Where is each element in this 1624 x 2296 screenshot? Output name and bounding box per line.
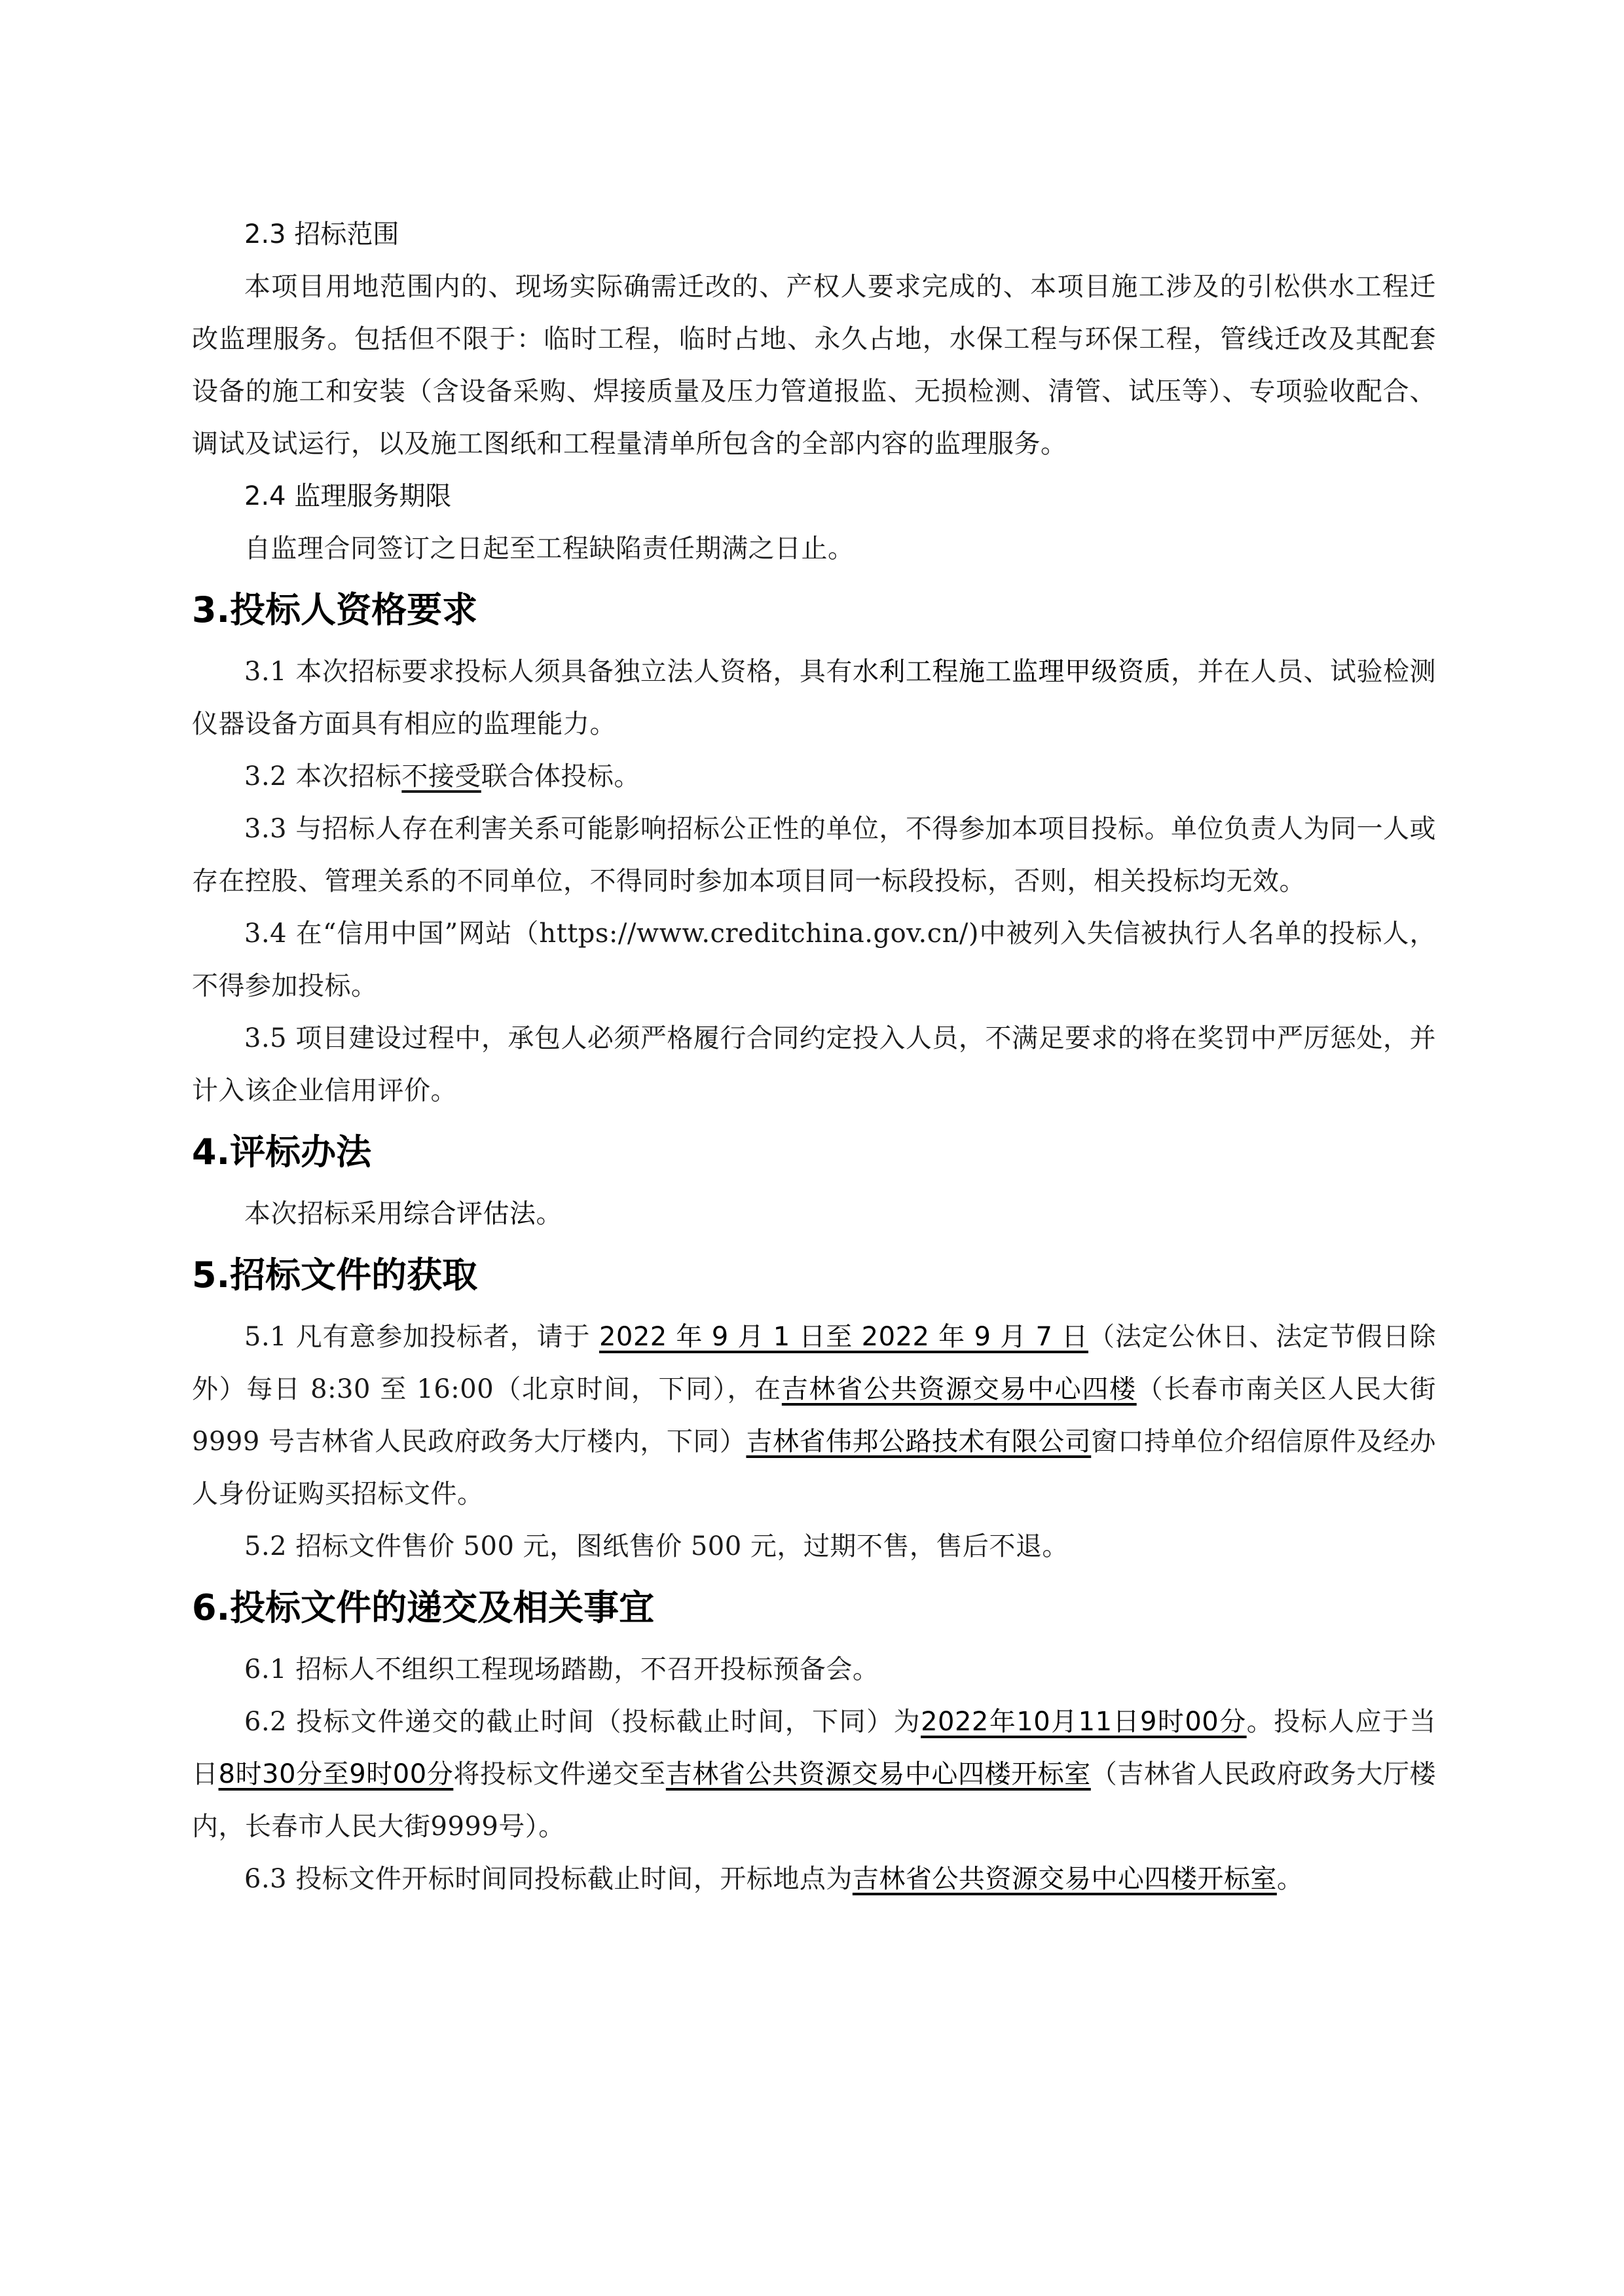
p6-2-a: 6.2 投标文件递交的截止时间（投标截止时间，下同）为 — [244, 1707, 921, 1737]
section-3-heading: 3.投标人资格要求 — [192, 575, 1436, 646]
section-2-3-body: 本项目用地范围内的、现场实际确需迁改的、产权人要求完成的、本项目施工涉及的引松供… — [192, 261, 1436, 470]
paragraph-3-4: 3.4 在“信用中国”网站（https://www.creditchina.go… — [192, 907, 1436, 1012]
qualification-emphasis: 水利工程施工监理甲级资质 — [853, 657, 1171, 687]
p3-2-post: 联合体投标。 — [481, 761, 640, 792]
section-2-3-title: 2.3 招标范围 — [192, 208, 1436, 261]
p6-2-c: 将投标文件递交至 — [453, 1759, 666, 1789]
section-5-heading: 5.招标文件的获取 — [192, 1240, 1436, 1311]
bid-opening-room: 吉林省公共资源交易中心四楼开标室 — [666, 1759, 1091, 1789]
p6-3-b: 。 — [1277, 1864, 1304, 1894]
purchase-date-range: 2022 年 9 月 1 日至 2022 年 9 月 7 日 — [599, 1322, 1088, 1352]
paragraph-5-1: 5.1 凡有意参加投标者，请于 2022 年 9 月 1 日至 2022 年 9… — [192, 1311, 1436, 1520]
agency-company: 吉林省伟邦公路技术有限公司 — [746, 1427, 1091, 1457]
document-page: 2.3 招标范围 本项目用地范围内的、现场实际确需迁改的、产权人要求完成的、本项… — [192, 208, 1436, 1905]
p3-1-pre: 3.1 本次招标要求投标人须具备独立法人资格，具有 — [244, 657, 853, 687]
paragraph-6-2: 6.2 投标文件递交的截止时间（投标截止时间，下同）为2022年10月11日9时… — [192, 1696, 1436, 1853]
bid-deadline: 2022年10月11日9时00分 — [921, 1707, 1247, 1737]
p5-1-a: 5.1 凡有意参加投标者，请于 — [244, 1322, 599, 1352]
paragraph-3-3: 3.3 与招标人存在利害关系可能影响招标公正性的单位，不得参加本项目投标。单位负… — [192, 803, 1436, 907]
paragraph-6-1: 6.1 招标人不组织工程现场踏勘，不召开投标预备会。 — [192, 1643, 1436, 1696]
paragraph-4: 本次招标采用综合评估法。 — [192, 1188, 1436, 1240]
bid-opening-location: 吉林省公共资源交易中心四楼开标室 — [853, 1864, 1277, 1894]
p3-2-pre: 3.2 本次招标 — [244, 761, 401, 792]
section-2-4-title: 2.4 监理服务期限 — [192, 470, 1436, 522]
purchase-place: 吉林省公共资源交易中心四楼 — [782, 1374, 1137, 1404]
paragraph-3-1: 3.1 本次招标要求投标人须具备独立法人资格，具有水利工程施工监理甲级资质，并在… — [192, 646, 1436, 750]
p4-post: 。 — [536, 1199, 563, 1229]
p4-pre: 本次招标采用 — [244, 1199, 403, 1229]
consortium-not-accepted: 不接受 — [401, 761, 481, 792]
paragraph-3-2: 3.2 本次招标不接受联合体投标。 — [192, 750, 1436, 803]
paragraph-6-3: 6.3 投标文件开标时间同投标截止时间，开标地点为吉林省公共资源交易中心四楼开标… — [192, 1853, 1436, 1905]
section-4-heading: 4.评标办法 — [192, 1117, 1436, 1188]
p6-3-a: 6.3 投标文件开标时间同投标截止时间，开标地点为 — [244, 1864, 853, 1894]
paragraph-3-5: 3.5 项目建设过程中，承包人必须严格履行合同约定投入人员，不满足要求的将在奖罚… — [192, 1012, 1436, 1117]
evaluation-method: 综合评估法 — [403, 1199, 536, 1229]
paragraph-5-2: 5.2 招标文件售价 500 元，图纸售价 500 元，过期不售，售后不退。 — [192, 1520, 1436, 1573]
section-2-4-body: 自监理合同签订之日起至工程缺陷责任期满之日止。 — [192, 522, 1436, 575]
submission-window: 8时30分至9时00分 — [219, 1759, 454, 1789]
section-6-heading: 6.投标文件的递交及相关事宜 — [192, 1573, 1436, 1643]
